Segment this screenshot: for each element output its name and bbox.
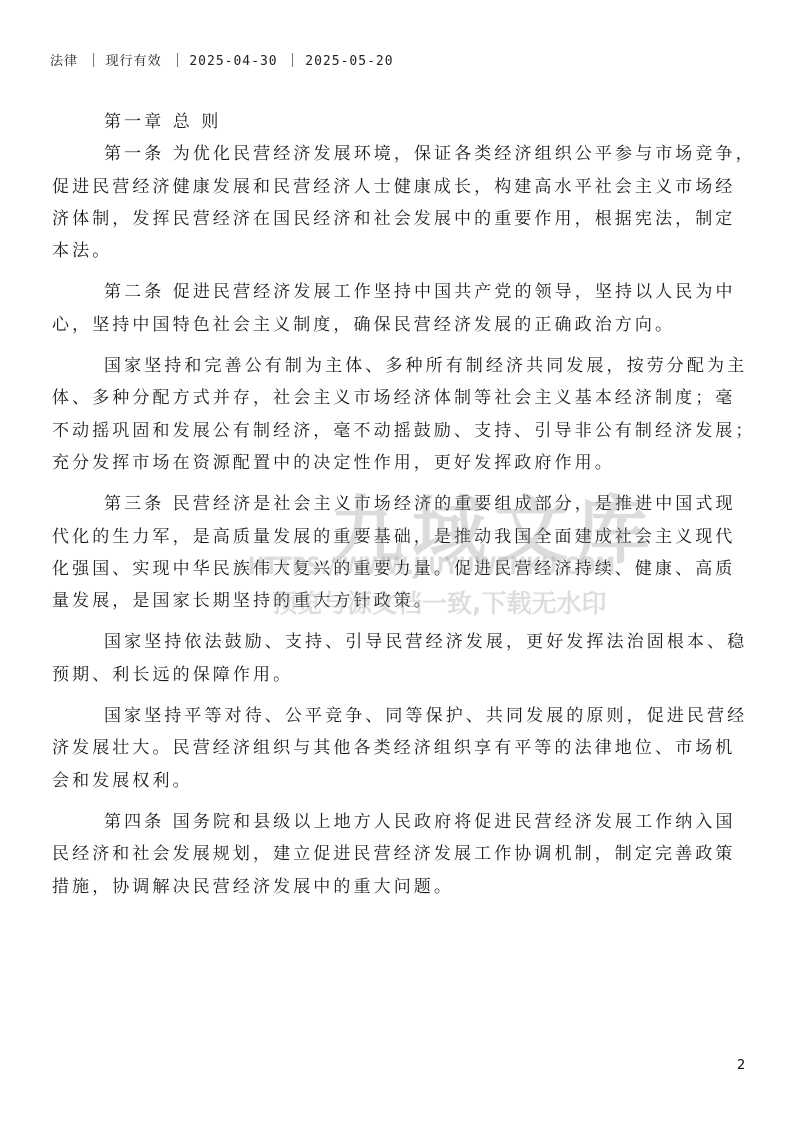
text-line: 国家坚持平等对待、公平竞争、同等保护、共同发展的原则，促进民营经 bbox=[52, 700, 732, 732]
text-line: 措施，协调解决民营经济发展中的重大问题。 bbox=[52, 871, 732, 903]
page-number: 2 bbox=[737, 1058, 745, 1073]
effective-date: 2025-05-20 bbox=[305, 54, 393, 69]
text-line: 第三条 民营经济是社会主义市场经济的重要组成部分，是推进中国式现 bbox=[52, 488, 732, 520]
text-line: 预期、利长远的保障作用。 bbox=[52, 659, 732, 691]
text-line: 充分发挥市场在资源配置中的决定性作用，更好发挥政府作用。 bbox=[52, 447, 732, 479]
article-3-paragraph-2: 国家坚持依法鼓励、支持、引导民营经济发展，更好发挥法治固根本、稳 预期、利长远的… bbox=[52, 626, 732, 691]
validity-status: 现行有效 bbox=[106, 54, 162, 69]
document-body: 第一章 总 则 第一条 为优化民营经济发展环境，保证各类经济组织公平参与市场竞争… bbox=[52, 106, 732, 903]
article-2: 第二条 促进民营经济发展工作坚持中国共产党的领导，坚持以人民为中 心，坚持中国特… bbox=[52, 276, 732, 341]
text-line: 民经济和社会发展规划，建立促进民营经济发展工作协调机制，制定完善政策 bbox=[52, 838, 732, 870]
article-2-paragraph-2: 国家坚持和完善公有制为主体、多种所有制经济共同发展，按劳分配为主 体、多种分配方… bbox=[52, 350, 732, 479]
text-line: 化强国、实现中华民族伟大复兴的重要力量。促进民营经济持续、健康、高质 bbox=[52, 553, 732, 585]
text-line: 济发展壮大。民营经济组织与其他各类经济组织享有平等的法律地位、市场机 bbox=[52, 732, 732, 764]
article-3-paragraph-3: 国家坚持平等对待、公平竞争、同等保护、共同发展的原则，促进民营经 济发展壮大。民… bbox=[52, 700, 732, 797]
article-3: 第三条 民营经济是社会主义市场经济的重要组成部分，是推进中国式现 代化的生力军，… bbox=[52, 488, 732, 617]
text-line: 促进民营经济健康发展和民营经济人士健康成长，构建高水平社会主义市场经 bbox=[52, 171, 732, 203]
text-line: 量发展，是国家长期坚持的重大方针政策。 bbox=[52, 585, 732, 617]
text-line: 第四条 国务院和县级以上地方人民政府将促进民营经济发展工作纳入国 bbox=[52, 806, 732, 838]
article-4: 第四条 国务院和县级以上地方人民政府将促进民营经济发展工作纳入国 民经济和社会发… bbox=[52, 806, 732, 903]
text-line: 第一条 为优化民营经济发展环境，保证各类经济组织公平参与市场竞争， bbox=[52, 138, 732, 170]
document-meta-header: 法律 现行有效 2025-04-30 2025-05-20 bbox=[50, 50, 394, 69]
separator bbox=[177, 53, 178, 67]
separator bbox=[93, 53, 94, 67]
text-line: 体、多种分配方式并存，社会主义市场经济体制等社会主义基本经济制度；毫 bbox=[52, 382, 732, 414]
text-line: 不动摇巩固和发展公有制经济，毫不动摇鼓励、支持、引导非公有制经济发展； bbox=[52, 415, 732, 447]
text-line: 代化的生力军，是高质量发展的重要基础，是推动我国全面建成社会主义现代 bbox=[52, 521, 732, 553]
text-line: 国家坚持依法鼓励、支持、引导民营经济发展，更好发挥法治固根本、稳 bbox=[52, 626, 732, 658]
text-line: 国家坚持和完善公有制为主体、多种所有制经济共同发展，按劳分配为主 bbox=[52, 350, 732, 382]
separator bbox=[292, 53, 293, 67]
text-line: 第二条 促进民营经济发展工作坚持中国共产党的领导，坚持以人民为中 bbox=[52, 276, 732, 308]
law-category: 法律 bbox=[50, 54, 78, 69]
chapter-title: 第一章 总 则 bbox=[52, 106, 732, 138]
text-line: 心，坚持中国特色社会主义制度，确保民营经济发展的正确政治方向。 bbox=[52, 309, 732, 341]
article-1: 第一条 为优化民营经济发展环境，保证各类经济组织公平参与市场竞争， 促进民营经济… bbox=[52, 138, 732, 267]
text-line: 本法。 bbox=[52, 235, 732, 267]
publish-date: 2025-04-30 bbox=[189, 54, 277, 69]
text-line: 济体制，发挥民营经济在国民经济和社会发展中的重要作用，根据宪法，制定 bbox=[52, 203, 732, 235]
text-line: 会和发展权利。 bbox=[52, 765, 732, 797]
